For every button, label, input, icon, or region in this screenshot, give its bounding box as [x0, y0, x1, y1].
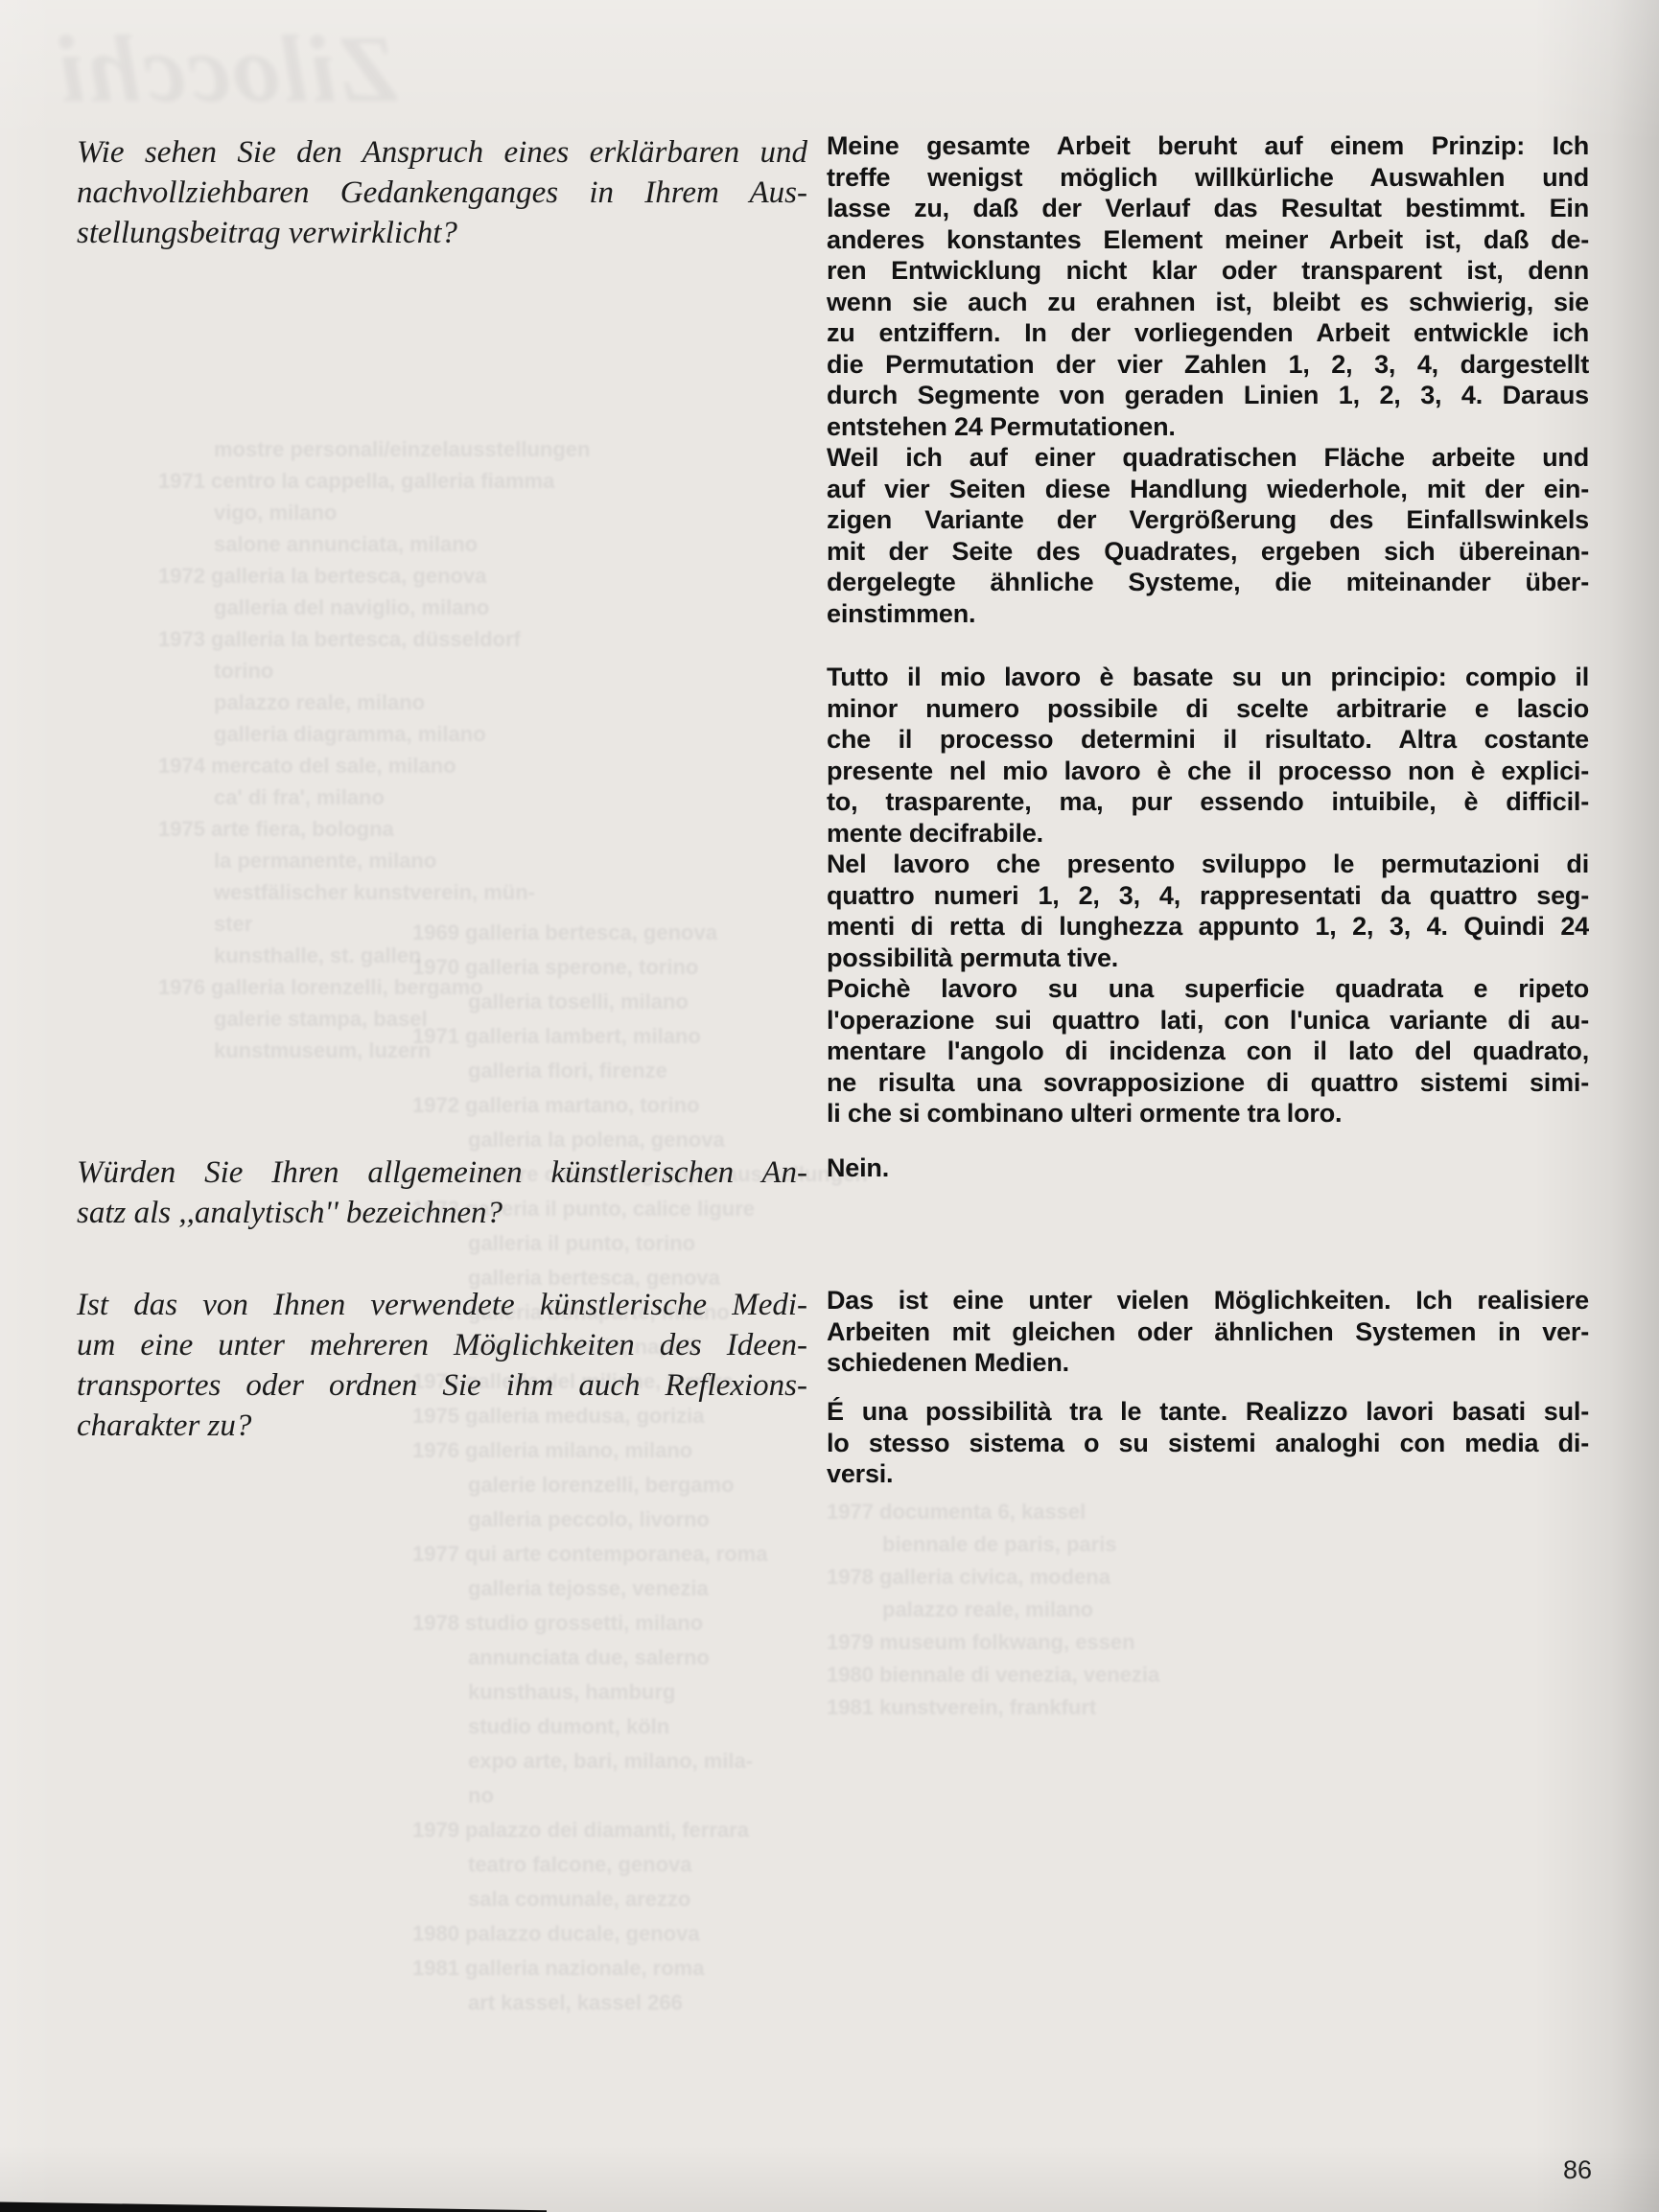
text-line: versi.: [827, 1458, 1589, 1490]
text-line: minor numero possibile di scelte arbitra…: [827, 693, 1589, 725]
text-line: vigo, milano: [214, 497, 619, 528]
text-line: palazzo reale, milano: [214, 687, 619, 718]
text-line: 1980 biennale di venezia, venezia: [827, 1659, 1268, 1691]
text-line: 1976 galleria lorenzelli, bergamo: [158, 971, 619, 1003]
text-line: Wie sehen Sie den Anspruch eines erklärb…: [77, 132, 807, 173]
text-line: 1981 galleria nazionale, roma: [412, 1951, 930, 1986]
text-line: Ist das von Ihnen verwendete künstlerisc…: [77, 1285, 807, 1325]
text-line: Das ist eine unter vielen Möglichkeiten.…: [827, 1285, 1589, 1316]
text-line: 1978 studio grossetti, milano: [412, 1606, 930, 1641]
answer-1-german: Meine gesamte Arbeit beruht auf einem Pr…: [827, 130, 1589, 629]
text-line: mostre personali/einzelausstellungen: [214, 433, 619, 465]
text-line: anderes konstantes Element meiner Arbeit…: [827, 224, 1589, 256]
text-line: westfälischer kunstverein, mün-: [214, 876, 619, 908]
text-line: die Permutation der vier Zahlen 1, 2, 3,…: [827, 349, 1589, 381]
text-line: transportes oder ordnen Sie ihm auch Ref…: [77, 1365, 807, 1406]
answer-2-german: Nein.: [827, 1153, 1589, 1184]
text-line: treffe wenigst möglich willkürliche Ausw…: [827, 162, 1589, 194]
text-line: satz als ,,analytisch'' bezeichnen?: [77, 1193, 807, 1233]
text-line: ren Entwicklung nicht klar oder transpar…: [827, 255, 1589, 287]
text-line: menti di retta di lunghezza appunto 1, 2…: [827, 911, 1589, 943]
text-line: ca' di fra', milano: [214, 781, 619, 813]
bleedthrough-list-left: mostre personali/einzelausstellungen1971…: [158, 433, 619, 1066]
text-line: art kassel, kassel 266: [468, 1986, 930, 2020]
text-line: 1980 palazzo ducale, genova: [412, 1917, 930, 1951]
text-line: zigen Variante der Vergrößerung des Einf…: [827, 504, 1589, 536]
scan-edge-shadow: [0, 2196, 547, 2212]
text-line: palazzo reale, milano: [882, 1594, 1268, 1626]
text-line: Nel lavoro che presento sviluppo le perm…: [827, 849, 1589, 880]
text-line: um eine unter mehreren Möglichkeiten des…: [77, 1325, 807, 1365]
text-line: galleria del naviglio, milano: [214, 592, 619, 623]
text-line: galerie stampa, basel: [214, 1003, 619, 1035]
text-line: Poichè lavoro su una superficie quadrata…: [827, 973, 1589, 1005]
page-number: 86: [1563, 2155, 1592, 2185]
text-line: zu entziffern. In der vorliegenden Arbei…: [827, 317, 1589, 349]
text-line: stellungsbeitrag verwirklicht?: [77, 213, 807, 253]
text-line: auf vier Seiten diese Handlung wiederhol…: [827, 474, 1589, 505]
text-line: expo arte, bari, milano, mila-: [468, 1744, 930, 1779]
text-line: la permanente, milano: [214, 845, 619, 876]
text-line: Weil ich auf einer quadratischen Fläche …: [827, 442, 1589, 474]
text-line: quattro numeri 1, 2, 3, 4, rappresentati…: [827, 880, 1589, 912]
text-line: lasse zu, daß der Verlauf das Resultat b…: [827, 193, 1589, 224]
text-line: lo stesso sistema o su sistemi analoghi …: [827, 1428, 1589, 1459]
text-line: É una possibilità tra le tante. Realizzo…: [827, 1396, 1589, 1428]
text-line: kunsthaus, hamburg: [468, 1675, 930, 1710]
text-line: to, trasparente, ma, pur essendo intuibi…: [827, 786, 1589, 818]
answer-1-italian: Tutto il mio lavoro è basate su un princ…: [827, 662, 1589, 1129]
text-line: schiedenen Medien.: [827, 1347, 1589, 1379]
text-line: possibilità permuta tive.: [827, 943, 1589, 974]
text-line: dergelegte ähnliche Systeme, die miteina…: [827, 567, 1589, 598]
text-line: 1971 centro la cappella, galleria fiamma: [158, 465, 619, 497]
text-line: Würden Sie Ihren allgemeinen künstlerisc…: [77, 1153, 807, 1193]
text-line: 1979 palazzo dei diamanti, ferrara: [412, 1813, 930, 1848]
text-line: 1974 mercato del sale, milano: [158, 750, 619, 781]
text-line: entstehen 24 Permutationen.: [827, 411, 1589, 443]
text-line: Tutto il mio lavoro è basate su un princ…: [827, 662, 1589, 693]
text-line: 1977 documenta 6, kassel: [827, 1496, 1268, 1528]
text-line: kunsthalle, st. gallen: [214, 940, 619, 971]
text-line: galleria tejosse, venezia: [468, 1572, 930, 1606]
interview-question-3: Ist das von Ihnen verwendete künstlerisc…: [77, 1285, 807, 1446]
text-line: 1977 qui arte contemporanea, roma: [412, 1537, 930, 1572]
text-line: einstimmen.: [827, 598, 1589, 630]
answer-3-italian: É una possibilità tra le tante. Realizzo…: [827, 1396, 1589, 1490]
text-line: 1978 galleria civica, modena: [827, 1561, 1268, 1594]
text-line: mentare l'angolo di incidenza con il lat…: [827, 1036, 1589, 1067]
text-line: teatro falcone, genova: [468, 1848, 930, 1882]
text-line: kunstmuseum, luzern: [214, 1035, 619, 1066]
text-line: mit der Seite des Quadrates, ergeben sic…: [827, 536, 1589, 568]
text-line: 1981 kunstverein, frankfurt: [827, 1691, 1268, 1724]
text-line: durch Segmente von geraden Linien 1, 2, …: [827, 380, 1589, 411]
text-line: annunciata due, salerno: [468, 1641, 930, 1675]
text-line: wenn sie auch zu erahnen ist, bleibt es …: [827, 287, 1589, 318]
text-line: Meine gesamte Arbeit beruht auf einem Pr…: [827, 130, 1589, 162]
text-line: Arbeiten mit gleichen oder ähnlichen Sys…: [827, 1316, 1589, 1348]
text-line: 1979 museum folkwang, essen: [827, 1626, 1268, 1659]
interview-question-2: Würden Sie Ihren allgemeinen künstlerisc…: [77, 1153, 807, 1233]
interview-question-1: Wie sehen Sie den Anspruch eines erklärb…: [77, 132, 807, 253]
bleedthrough-artist-title: Zilocchi: [57, 13, 397, 124]
text-line: presente nel mio lavoro è che il process…: [827, 756, 1589, 787]
text-line: torino: [214, 655, 619, 687]
text-line: 1973 galleria la bertesca, düsseldorf: [158, 623, 619, 655]
answer-3-german: Das ist eine unter vielen Möglichkeiten.…: [827, 1285, 1589, 1379]
text-line: galleria peccolo, livorno: [468, 1502, 930, 1537]
text-line: ne risulta una sovrapposizione di quattr…: [827, 1067, 1589, 1099]
text-line: galleria diagramma, milano: [214, 718, 619, 750]
text-line: li che si combinano ulteri ormente tra l…: [827, 1098, 1589, 1129]
text-line: nachvollziehbaren Gedankenganges in Ihre…: [77, 173, 807, 213]
text-line: salone annunciata, milano: [214, 528, 619, 560]
text-line: 1972 galleria la bertesca, genova: [158, 560, 619, 592]
text-line: 1975 arte fiera, bologna: [158, 813, 619, 845]
text-line: che il processo determini il risultato. …: [827, 724, 1589, 756]
bleedthrough-list-right: 1977 documenta 6, kasselbiennale de pari…: [827, 1496, 1268, 1724]
text-line: Nein.: [827, 1153, 1589, 1184]
text-line: ster: [214, 908, 619, 940]
text-line: sala comunale, arezzo: [468, 1882, 930, 1917]
scanned-catalog-page: Zilocchi mostre personali/einzelausstell…: [0, 0, 1659, 2212]
text-line: studio dumont, köln: [468, 1710, 930, 1744]
text-line: biennale de paris, paris: [882, 1528, 1268, 1561]
text-line: l'operazione sui quattro lati, con l'uni…: [827, 1005, 1589, 1036]
text-line: no: [468, 1779, 930, 1813]
text-line: mente decifrabile.: [827, 818, 1589, 850]
text-line: charakter zu?: [77, 1406, 807, 1446]
